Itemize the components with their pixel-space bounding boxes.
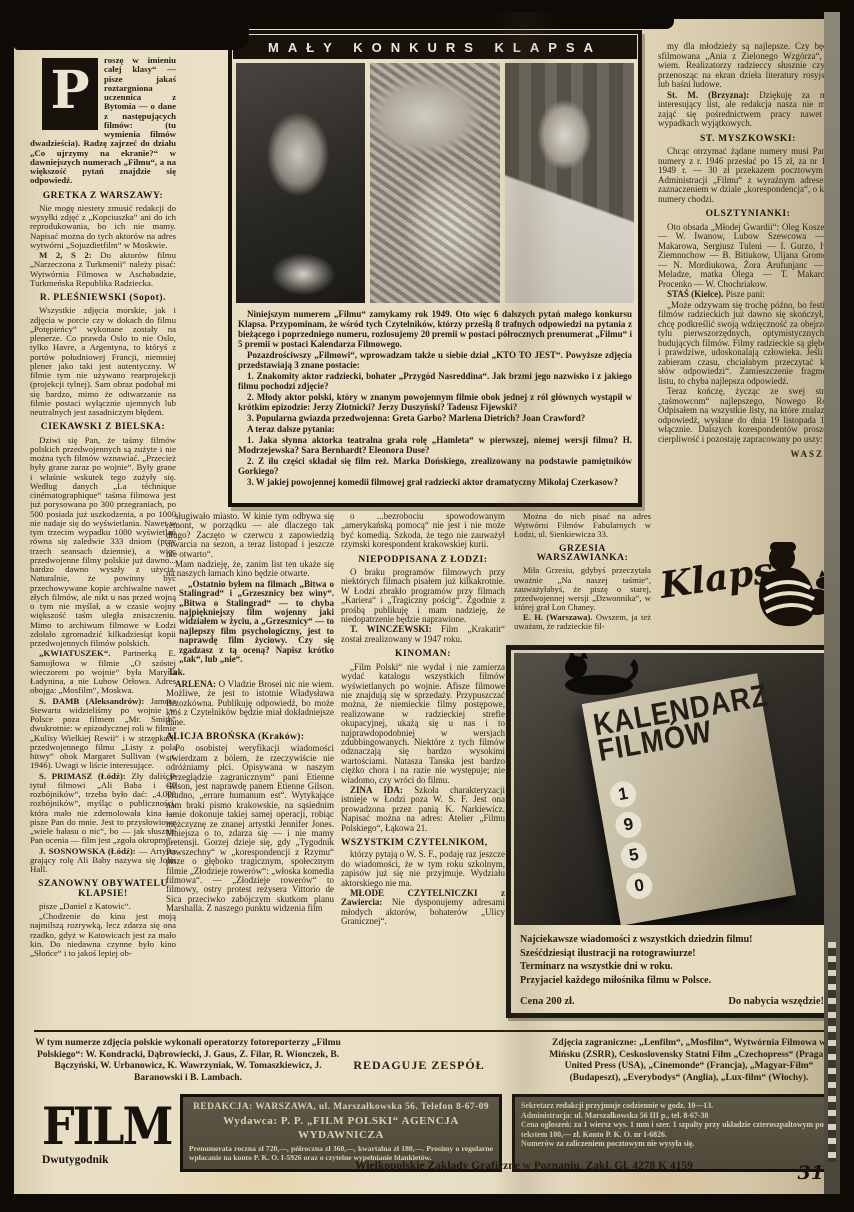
article-heading: WSZYSTKIM CZYTELNIKOM, [341,839,505,848]
article-heading: OLSZTYNIANKI: [658,210,838,220]
column-5-right: my dla młodzieży są najlepsze. Czy będzi… [658,42,838,548]
drop-cap-letter: P [42,58,98,130]
film-masthead-logo: FILM Dwutygodnik [42,1104,180,1166]
film-logo-text: FILM [42,1101,180,1150]
article-paragraph: MŁODE CZYTELNICZKI z Zawiercia: Nie dysp… [341,889,505,927]
kalendarz-book-cover: KALENDARZ FILMÓW 1950 [582,673,796,925]
klaps-signature: Klaps! [654,536,838,642]
scan-edge-top-left [14,12,249,50]
printer-imprint: Wielkopolskie Zakłady Graficzne w Poznan… [194,1160,838,1172]
scan-edge-top-middle [239,12,674,29]
kalendarz-ad-box: KALENDARZ FILMÓW 1950 Najciekawsze wiado… [506,645,838,1018]
photo-young-actor-white-coat [505,63,634,303]
article-paragraph: Można do nich pisać na adres Wytwórni Fi… [514,512,651,539]
article-paragraph: o ...bezrobociu spowodowanym „amerykańsk… [341,512,505,550]
ad-price: Cena 200 zł. [520,996,575,1007]
year-digit: 1 [608,779,638,809]
article-paragraph: T. WINCZEWSKI: Film „Krakatit“ został zr… [341,625,505,644]
editorial-team-note: REDAGUJE ZESPÓŁ [344,1058,494,1073]
black-cat-figurine [554,653,644,695]
scan-edge-top-right [664,12,838,19]
article-heading: ALICJA BROŃSKA (Kraków): [166,733,334,742]
article-paragraph: którzy pytają o W. S. F., podaję raz jes… [341,850,505,888]
article-paragraph: Administracja: ul. Marszałkowska 56 III … [521,1111,831,1121]
paper-page: P roszę w imieniu całej klasy“ — pisze j… [14,12,838,1194]
kalendarz-ad-photo: KALENDARZ FILMÓW 1950 [514,653,830,925]
scan-right-margin [824,12,840,1194]
article-paragraph: Najciekawsze wiadomości z wszystkich dzi… [520,933,824,947]
ad-availability: Do nabycia wszędzie! [728,996,824,1007]
polish-photo-credits: W tym numerze zdjęcia polskie wykonali o… [32,1038,344,1084]
article-paragraph: „Ostatnio byłem na filmach „Bitwa o Stal… [179,580,334,665]
article-paragraph: WASZ [658,450,824,460]
year-digit: 5 [619,840,649,870]
article-paragraph: Cena ogłoszeń: za 1 wiersz wys. 1 mm i s… [521,1120,831,1139]
article-paragraph: 3. Popularna gwiazda przedwojenna: Greta… [238,413,632,423]
column-1: P roszę w imieniu całej klasy“ — pisze j… [30,56,176,1034]
article-paragraph: Pozazdrościwszy „Filmowi“, wprowadzam ta… [238,350,632,370]
photo-elderly-actor-round-glasses [236,63,365,303]
article-paragraph: 2. Z ilu części składał się film reż. Ma… [238,456,632,476]
article-paragraph: ARLENA: O Vladzie Brosei nic nie wiem. M… [166,680,334,727]
book-year-1950: 1950 [607,774,659,906]
article-paragraph: S. DAMB (Aleksandrów): Jamesa Stewarta w… [30,697,176,771]
article-paragraph: ZINA IDA: Szkoła charakteryzacji istniej… [341,786,505,833]
article-paragraph: Po osobistej weryfikacji wiadomości stwi… [166,744,334,913]
article-paragraph: Wydawca: P. P. „FILM POLSKI“ AGENCJA WYD… [189,1114,493,1142]
article-heading: R. PLEŚNIEWSKI (Sopot). [30,294,176,303]
article-paragraph: Oto obsada „Młodej Gwardii“: Oleg Koszew… [658,223,838,290]
article-paragraph: „KWIATUSZEK“. Partnerką E. Samojłowa w f… [30,649,176,695]
article-paragraph: Sekretarz redakcji przyjmuje codziennie … [521,1101,831,1111]
article-paragraph: my dla młodzieży są najlepsze. Czy będzi… [658,42,838,90]
article-heading: CIEKAWSKI Z BIELSKA: [30,423,176,432]
contest-photo-row [236,63,634,303]
article-paragraph: Sześćdziesiąt ilustracji na rotograwiurz… [520,947,824,961]
article-paragraph: E. H. (Warszawa). Owszem, ja też uważam,… [514,613,651,631]
article-paragraph: 1. Znakomity aktor radziecki, bohater „P… [238,371,632,391]
column-3: o ...bezrobociu spowodowanym „amerykańsk… [341,512,505,1024]
article-paragraph: A teraz dalsze pytania: [238,424,632,434]
foreign-photo-credits: Zdjęcia zagraniczne: „Lenfilm“, „Mosfilm… [538,1038,838,1084]
article-paragraph: Mam nadzieję, że, zanim list ten ukaże s… [166,560,334,579]
article-heading: SZANOWNY OBYWATELU KLAPSIE! [30,880,176,899]
article-paragraph: Przyjaciel każdego miłośnika filmu w Pol… [520,974,824,988]
article-paragraph: Tak. [166,668,334,677]
article-paragraph: Chcąc otrzymać żądane numery musi Pan za… [658,147,838,204]
article-paragraph: Numerów za zaliczeniem pocztowym nie wys… [521,1139,831,1149]
article-paragraph: STAŚ (Kielce). Pisze pani: [658,290,838,300]
article-paragraph: Terminarz na wszystkie dni w roku. [520,960,824,974]
photo-actress-straw-hat-profile [370,63,499,303]
article-heading: ST. MYSZKOWSKI: [658,135,838,145]
konkurs-caption: Niniejszym numerem „Filmu“ zamykamy rok … [238,309,632,487]
konkurs-title: MAŁY KONKURS KLAPSA [233,35,637,59]
article-paragraph: sługiwało miasto. W kinie tym odbywa się… [166,512,334,559]
column-4: Można do nich pisać na adres Wytwórni Fi… [514,512,651,638]
article-paragraph: Miła Grzesiu, gdybyś przeczytała uważnie… [514,566,651,611]
article-paragraph: Teraz kończę, życząc ze swej strony „taś… [658,387,838,444]
article-paragraph: O braku programów filmowych przy niektór… [341,568,505,624]
column-2: sługiwało miasto. W kinie tym odbywa się… [166,512,334,1028]
article-paragraph: 2. Młody aktor polski, który w znanym po… [238,392,632,412]
konkurs-klapsa-box: MAŁY KONKURS KLAPSA Niniejszym numerem „… [228,30,642,507]
article-paragraph: Dziwi się Pan, że taśmy filmów polskich … [30,436,176,649]
article-paragraph: Wszystkie zdjęcia morskie, jak i zdjęcia… [30,306,176,417]
article-heading: NIEPODPISANA Z ŁODZI: [341,556,505,565]
article-paragraph: Niniejszym numerem „Filmu“ zamykamy rok … [238,309,632,349]
article-paragraph: „Film Polski“ nie wydał i nie zamierza w… [341,663,505,785]
year-digit: 0 [624,871,654,901]
ad-caption: Najciekawsze wiadomości z wszystkich dzi… [511,928,833,993]
article-paragraph: Nie mogę niestety zmusić redakcji do wys… [30,204,176,250]
article-paragraph: St. M. (Brzyzna): Dziękuję za miły, inte… [658,91,838,129]
article-paragraph: 3. W jakiej powojennej komedii filmowej … [238,477,632,487]
ad-price-row: Cena 200 zł. Do nabycia wszędzie! [511,996,833,1013]
article-heading: KINOMAN: [341,650,505,659]
horizontal-rule [34,1030,836,1032]
film-strip-perforation [828,942,836,1162]
article-paragraph: „Chodzenie do kina jest moją najmilszą r… [30,912,176,958]
article-paragraph: S. PRIMASZ (Łódź): Zły daliście tytuł fi… [30,772,176,846]
article-paragraph: J. SOSNOWSKA (Łódź): — Artysta grający r… [30,847,176,875]
page-number: 31 [798,1162,824,1184]
magazine-page-scan: P roszę w imieniu całej klasy“ — pisze j… [0,0,854,1212]
article-heading: GRETKA Z WARSZAWY: [30,192,176,201]
article-heading: GRZESIA WARSZAWIANKA: [514,545,651,563]
article-paragraph: 1. Jaka słynna aktorka teatralna grała r… [238,435,632,455]
article-paragraph: pisze „Daniel z Katowic“. [30,902,176,911]
article-paragraph: M 2, S 2: Do aktorów filmu „Narzeczona z… [30,251,176,288]
year-digit: 9 [613,810,643,840]
article-paragraph: „Może odzywam się trochę późno, bo festi… [658,301,838,387]
article-paragraph: REDAKCJA: WARSZAWA, ul. Marszałkowska 56… [189,1101,493,1114]
